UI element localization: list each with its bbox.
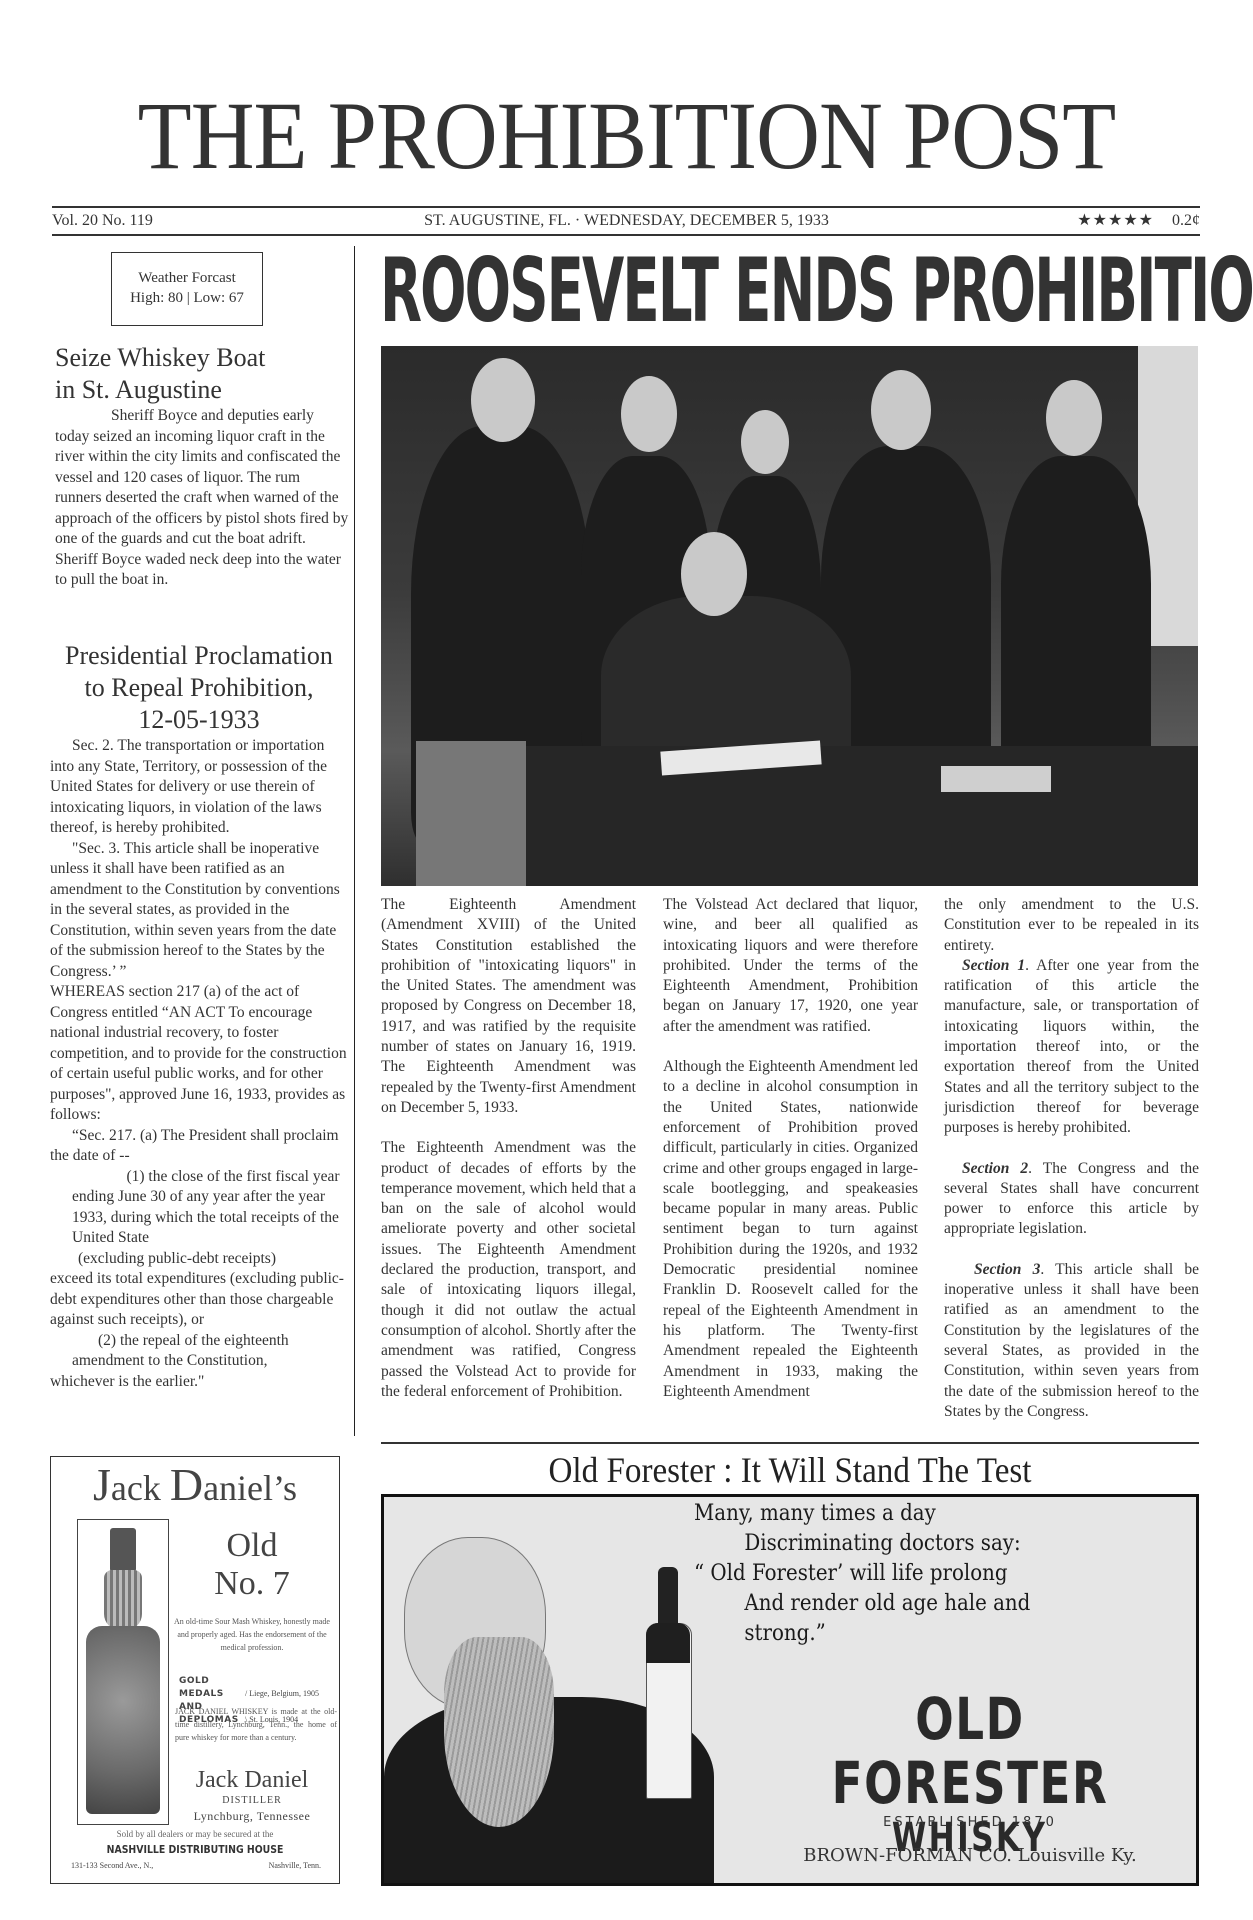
masthead-top-rule [52, 206, 1200, 208]
article-headline: Presidential Proclamation to Repeal Proh… [50, 640, 348, 736]
section-1: Section 1. After one year from the ratif… [944, 956, 1199, 1139]
distiller-name: Jack Daniel [169, 1767, 335, 1793]
paragraph: ending June 30 of any year after the yea… [50, 1187, 348, 1249]
distillery-text: JACK DANIEL WHISKEY is made at the old-t… [175, 1705, 337, 1744]
photo-face [741, 410, 789, 474]
column-divider [354, 246, 355, 1436]
photo-face [621, 376, 677, 452]
price: 0.2¢ [1172, 212, 1200, 229]
paragraph: "Sec. 3. This article shall be inoperati… [50, 839, 348, 983]
verse-line: “ Old Forester’ will life prolong [694, 1559, 1144, 1589]
dateline: ST. AUGUSTINE, FL. · WEDNESDAY, DECEMBER… [0, 209, 1253, 233]
photo-desk [501, 746, 1198, 886]
article-body: Sheriff Boyce and deputies early today s… [55, 406, 350, 591]
paragraph: Sec. 2. The transportation or importatio… [50, 736, 348, 839]
paragraph: whichever is the earlier." [50, 1372, 348, 1393]
address: 131-133 Second Ave., N.,Nashville, Tenn. [71, 1861, 321, 1870]
product-description: An old-time Sour Mash Whiskey, honestly … [169, 1615, 335, 1654]
paragraph: The Eighteenth Amendment (Amendment XVII… [381, 895, 636, 1118]
price-info: ★★★★★0.2¢ [1077, 209, 1200, 233]
verse-line: strong.” [694, 1619, 1144, 1649]
whisky-bottle-icon [646, 1567, 690, 1797]
old-forester-ad: Many, many times a day Discriminating do… [381, 1494, 1199, 1886]
ad-headline: Old Forester : It Will Stand The Test [414, 1448, 1167, 1492]
photo-face [471, 358, 535, 442]
paragraph: the only amendment to the U.S. Constitut… [944, 895, 1199, 956]
verse-line: And render old age hale and [694, 1589, 1144, 1619]
photo-face [1046, 380, 1102, 456]
article-column-3: the only amendment to the U.S. Constitut… [944, 895, 1199, 1422]
section-rule [381, 1442, 1199, 1444]
headline-line: to Repeal Prohibition, [50, 672, 348, 704]
weather-title: Weather Forcast [112, 268, 262, 288]
roosevelt-signing-photo [381, 346, 1198, 886]
paragraph: WHEREAS section 217 (a) of the act of Co… [50, 982, 348, 1126]
headline-line: in St. Augustine [55, 374, 350, 406]
masthead-bottom-rule [52, 234, 1200, 236]
section-label: Section 1 [962, 957, 1025, 974]
photo-box [416, 741, 526, 886]
article-column-1: The Eighteenth Amendment (Amendment XVII… [381, 895, 636, 1402]
section-label: Section 2 [962, 1160, 1028, 1177]
photo-papers [941, 766, 1051, 792]
paragraph: The Volstead Act declared that liquor, w… [663, 895, 918, 1037]
distiller-label: DISTILLER [169, 1795, 335, 1806]
ad-title: Jack Daniel’s [51, 1465, 339, 1508]
established: ESTABLISHED 1870 [740, 1815, 1199, 1830]
section-text: . This article shall be inoperative unle… [944, 1261, 1199, 1420]
section-2: Section 2. The Congress and the several … [944, 1159, 1199, 1240]
article-whiskey-boat: Seize Whiskey Boat in St. Augustine Sher… [55, 342, 350, 591]
star-rating-icon: ★★★★★ [1077, 212, 1154, 229]
photo-figure [1001, 456, 1151, 776]
jack-daniels-ad: Jack Daniel’s Old No. 7 An old-time Sour… [50, 1456, 340, 1884]
ad-brand: OLD FORESTER WHISKY [740, 1687, 1199, 1861]
brand-name: OLD FORESTER [791, 1687, 1150, 1815]
headline-line: Seize Whiskey Boat [55, 342, 350, 374]
paragraph: The Eighteenth Amendment was the product… [381, 1138, 636, 1402]
product-name: Old No. 7 [169, 1527, 335, 1603]
paragraph: Although the Eighteenth Amendment led to… [663, 1057, 918, 1402]
bottle-frame [77, 1519, 169, 1825]
section-label: Section 3 [974, 1261, 1040, 1278]
paragraph: “Sec. 217. (a) The President shall procl… [50, 1126, 348, 1167]
ad-verse: Many, many times a day Discriminating do… [694, 1499, 1144, 1649]
paragraph: exceed its total expenditures (excluding… [50, 1269, 348, 1331]
newspaper-masthead: THE PROHIBITION POST [50, 88, 1203, 184]
headline-date: 12-05-1933 [50, 704, 348, 736]
location: Lynchburg, Tennessee [169, 1809, 335, 1824]
whiskey-bottle-icon [86, 1528, 160, 1814]
photo-face [681, 532, 747, 616]
headline-line: Presidential Proclamation [50, 640, 348, 672]
article-column-2: The Volstead Act declared that liquor, w… [663, 895, 918, 1402]
article-headline: Seize Whiskey Boat in St. Augustine [55, 342, 350, 406]
sold-by: Sold by all dealers or may be secured at… [51, 1829, 339, 1839]
paragraph: (1) the close of the first fiscal year [50, 1167, 348, 1188]
article-proclamation: Presidential Proclamation to Repeal Proh… [50, 640, 348, 1392]
beard [444, 1637, 554, 1827]
distributor: NASHVILLE DISTRIBUTING HOUSE [73, 1843, 318, 1856]
weather-forecast: High: 80 | Low: 67 [112, 288, 262, 308]
verse-line: Discriminating doctors say: [694, 1529, 1144, 1559]
photo-face [871, 370, 931, 450]
section-text: . After one year from the ratification o… [944, 957, 1199, 1136]
weather-box: Weather Forcast High: 80 | Low: 67 [111, 252, 263, 326]
company: BROWN-FORMAN CO. Louisville Ky. [740, 1845, 1199, 1866]
paragraph: (excluding public-debt receipts) [50, 1249, 348, 1270]
paragraph: amendment to the Constitution, [50, 1351, 348, 1372]
section-3: Section 3. This article shall be inopera… [944, 1260, 1199, 1422]
main-headline: ROOSEVELT ENDS PROHIBITION! [380, 248, 888, 333]
paragraph: (2) the repeal of the eighteenth [50, 1331, 348, 1352]
verse-line: Many, many times a day [694, 1499, 1144, 1529]
